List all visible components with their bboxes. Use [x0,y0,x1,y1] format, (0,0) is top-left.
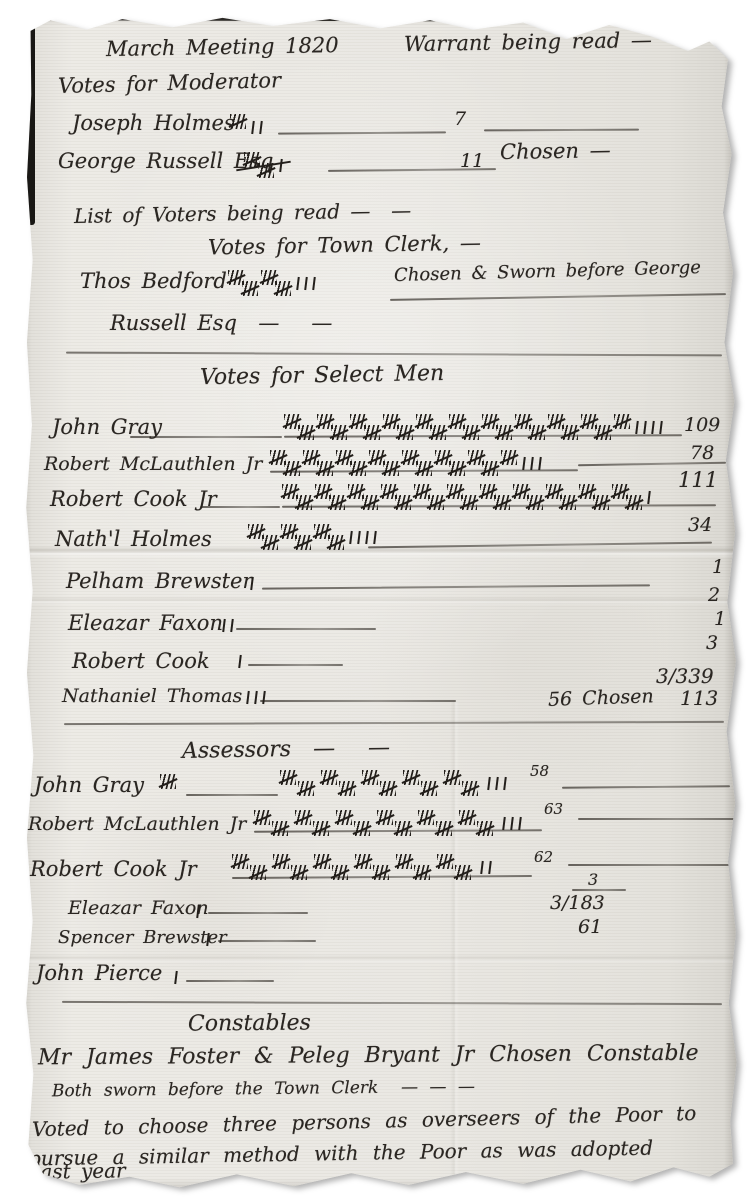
vote-total: 2 [708,584,720,606]
voter-name: Eleazar Faxon [68,612,223,635]
voter-name: Robert Cook [72,650,210,673]
voters-read-note: List of Voters being read — — [74,199,411,227]
voter-name: Eleazar Faxon [68,898,209,919]
tally-marks [280,770,509,802]
document-title: March Meeting 1820 [106,34,339,61]
ruled-line [578,818,738,820]
ruled-line [236,628,376,630]
vote-total: 1 [714,608,726,630]
vote-total: 1 [712,556,724,578]
vote-total: 63 [544,800,563,818]
vote-total: 3 [706,632,718,654]
tally-marks-struck [244,152,285,184]
vote-row: George Russell Esq 11 Chosen — [22,148,738,192]
vote-row: John Pierce [22,960,738,1004]
tally-marks [248,570,256,602]
section-heading-select-men: Votes for Select Men [200,362,445,390]
vote-row: Nath'l Holmes 34 [22,524,738,568]
ruled-line [262,584,650,589]
paper-sheet: March Meeting 1820 Warrant being read — … [22,12,738,1192]
tally-marks [282,484,653,516]
ruled-line [218,940,316,942]
ruled-line [568,864,734,866]
tally-marks [284,414,665,446]
town-clerk-footer: Russell Esq — — [110,312,332,335]
voter-name: Spencer Brewster [58,928,227,948]
ruled-line [278,131,446,134]
voter-name: Nathaniel Thomas [62,686,242,707]
ruled-line [248,664,343,666]
voter-name: John Gray [34,774,144,797]
scanned-document: March Meeting 1820 Warrant being read — … [0,0,750,1200]
warrant-note: Warrant being read — [404,29,652,56]
section-heading-town-clerk: Votes for Town Clerk, — [208,232,481,260]
scan-edge-artifact-top [29,14,627,22]
tally-marks [172,964,180,996]
vote-total: 11 [460,150,484,172]
vote-row: Robert Cook Jr 111 [22,482,738,526]
tally-marks [236,648,244,680]
tally-marks [230,114,265,146]
tally-marks [160,774,179,806]
sworn-note: Both sworn before the Town Clerk — — — [52,1078,475,1101]
voter-name: Robert McLauthlen Jr [28,814,246,835]
voter-name: Robert Cook Jr [30,858,197,881]
ruled-line [368,542,712,548]
sum-overline [572,889,626,891]
sum-quotient: 113 [680,686,718,710]
vote-row: John Gray 58 [22,770,738,814]
sum-carry: 3 [588,870,598,889]
tally-marks [220,612,236,644]
tally-marks [270,450,544,482]
constables-chosen-line: Mr James Foster & Peleg Bryant Jr Chosen… [38,1042,699,1071]
vote-row: Robert McLauthlen Jr 63 [22,810,738,854]
vote-total: 109 [684,414,720,436]
voter-name: Joseph Holmes [72,112,235,135]
section-divider [66,352,722,356]
vote-total: 111 [678,468,718,492]
section-heading-moderator: Votes for Moderator [58,69,282,98]
voter-name: John Pierce [36,962,162,985]
ruled-line [130,436,282,438]
ruled-line [208,912,308,914]
vote-total: 34 [688,514,712,536]
voter-name: Pelham Brewster [66,570,253,593]
chosen-note: Chosen — [500,139,611,164]
ruled-line [562,785,730,788]
tally-marks [228,270,318,302]
vote-total: 78 [690,442,714,464]
vote-total: 7 [454,108,466,130]
ruled-line [186,794,278,796]
voter-name: Robert McLauthlen Jr [44,454,262,475]
vote-row: Thos Bedford Chosen & Sworn before Georg… [22,270,738,314]
sum-division: 3/339 [656,664,714,688]
vote-row: Pelham Brewster 1 [22,568,738,612]
vote-total: 62 [534,848,553,866]
section-heading-constables: Constables [188,1011,311,1036]
ruled-line [260,700,456,702]
tally-marks [254,810,524,842]
ruled-line [390,293,726,301]
resolution-line: Voted to choose three persons as oversee… [32,1102,697,1140]
chosen-sworn-note: Chosen & Sworn before George [394,258,701,286]
tally-marks [232,854,494,886]
sum-division: 3/183 [550,892,605,914]
voter-name: Thos Bedford [80,270,227,293]
ruled-line [484,129,639,131]
vote-total: 58 [530,762,549,780]
tally-marks [204,926,212,958]
chosen-count-note: 56 Chosen [548,686,654,711]
voter-name: Nath'l Holmes [55,528,212,551]
ruled-line [200,506,280,508]
section-heading-assessors: Assessors — — [182,736,390,764]
voter-name: Robert Cook Jr [50,488,217,511]
ruled-line [186,980,274,982]
vote-row: Robert Cook Jr 62 [22,854,738,898]
resolution-line: last year [34,1159,126,1183]
tally-marks [248,524,379,556]
manuscript-page: March Meeting 1820 Warrant being read — … [22,12,738,1192]
